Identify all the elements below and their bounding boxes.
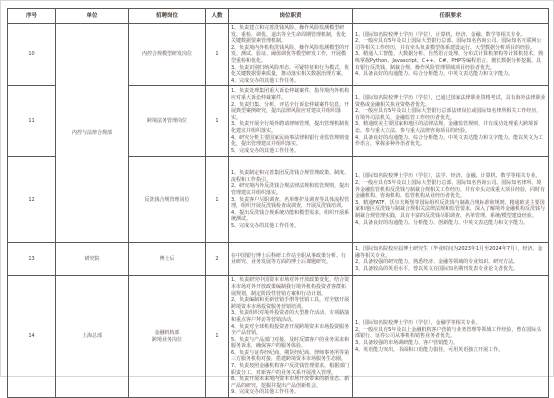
header-no: 序号 bbox=[8, 9, 56, 24]
header-duties: 岗位职责 bbox=[229, 9, 353, 24]
cell-no: 10 bbox=[8, 24, 56, 86]
cell-position: 跨境法务管理岗位 bbox=[129, 86, 206, 157]
header-position: 招聘岗位 bbox=[129, 9, 206, 24]
cell-unit: 研究院 bbox=[56, 243, 129, 276]
cell-requirements: 1、国际知名院校博士学历（学位），计算机、经济、金融、数学等相关专业。 2、一般… bbox=[353, 24, 549, 86]
cell-position: 反洗钱合规管理岗位 bbox=[129, 157, 206, 243]
cell-count: 1 bbox=[206, 276, 229, 398]
header-requirements: 任职要求 bbox=[353, 9, 549, 24]
cell-requirements: 1、国际知名院校博士学历（学位），已通过国家法律职业资格考试，具有海外法律职业资… bbox=[353, 86, 549, 157]
cell-count: 1 bbox=[206, 86, 229, 157]
cell-duties: 1、负责处理集团重大诉讼仲裁案件，指导境内外机构应对重大诉讼仲裁案件。 2、负责… bbox=[229, 86, 353, 157]
header-row: 序号 单位 招聘岗位 人数 岗位职责 任职要求 bbox=[8, 9, 549, 24]
cell-duties: 1、负责制定和完善集团反洗钱合规管理政策、制度、流程和工作指引。 2、研究境内外… bbox=[229, 157, 353, 243]
cell-no: 14 bbox=[8, 276, 56, 398]
cell-no: 13 bbox=[8, 243, 56, 276]
cell-count: 1 bbox=[206, 157, 229, 243]
cell-count: 2 bbox=[206, 243, 229, 276]
table-row: 14 上海总部 金融机构部 跨境业务岗位 1 1、负责研究中国资本市场对外开放政… bbox=[8, 276, 549, 398]
cell-count: 1 bbox=[206, 24, 229, 86]
cell-duties: 1、负责建立和完善洗钱风险、操作风险监测模型研发、重检、调优、退出等全生命周期管… bbox=[229, 24, 353, 86]
cell-requirements: 1、国际知名院校博士学历（学位），法学、经济、金融、计算机、数学等相关专业。 2… bbox=[353, 157, 549, 243]
page: { "table": { "headers": ["序号", "单位", "招聘… bbox=[0, 0, 554, 377]
cell-position: 内控合规模型研发岗位 bbox=[129, 24, 206, 86]
cell-duties: 在中国银行博士后科研工作站全职从事政策分析、行业研究、业务发展等方面的博士后课题… bbox=[229, 243, 353, 276]
header-count: 人数 bbox=[206, 9, 229, 24]
table-row: 13 研究院 博士后 2 在中国银行博士后科研工作站全职从事政策分析、行业研究、… bbox=[8, 243, 549, 276]
header-unit: 单位 bbox=[56, 9, 129, 24]
cell-no: 12 bbox=[8, 157, 56, 243]
table-row: 10 内控与法律合规部 内控合规模型研发岗位 1 1、负责建立和完善洗钱风险、操… bbox=[8, 24, 549, 86]
cell-duties: 1、负责研究中国资本市场对外开放政策变化，结合资本市场对外开放政策编制我行境外机… bbox=[229, 276, 353, 398]
cell-requirements: 1、国际知名院校博士学历（学位），金融学等相关专业。 2、一般应具有5年及以上金… bbox=[353, 276, 549, 398]
recruitment-table: 序号 单位 招聘岗位 人数 岗位职责 任职要求 10 内控与法律合规部 内控合规… bbox=[7, 8, 549, 398]
cell-position: 金融机构部 跨境业务岗位 bbox=[129, 276, 206, 398]
cell-position: 博士后 bbox=[129, 243, 206, 276]
cell-unit: 内控与法律合规部 bbox=[56, 24, 129, 243]
cell-unit: 上海总部 bbox=[56, 276, 129, 398]
cell-no: 11 bbox=[8, 86, 56, 157]
cell-requirements: 1、国际知名院校应届博士研究生（毕业时间为2023年1月至2024年7月），经济… bbox=[353, 243, 549, 276]
